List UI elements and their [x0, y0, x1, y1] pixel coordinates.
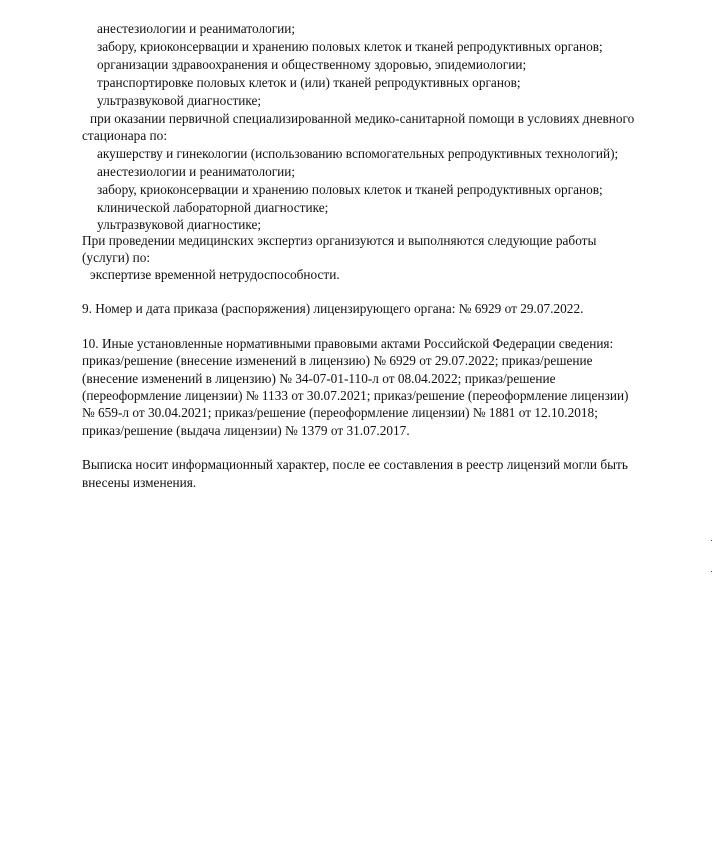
section-10: (внесение изменений в лицензию) № 34-07-… — [82, 370, 556, 387]
page-mark — [711, 540, 712, 541]
disclaimer: внесены изменения. — [82, 474, 196, 491]
day-hospital-intro: стационара по: — [82, 127, 167, 144]
list-item: организации здравоохранения и общественн… — [97, 56, 526, 73]
section-10: № 659-л от 30.04.2021; приказ/решение (п… — [82, 404, 598, 421]
expertise-intro: (услуги) по: — [82, 249, 150, 266]
day-hospital-intro: при оказании первичной специализированно… — [90, 110, 634, 127]
expertise-item: экспертизе временной нетрудоспособности. — [90, 266, 340, 283]
list-item: акушерству и гинекологии (использованию … — [97, 145, 618, 162]
disclaimer: Выписка носит информационный характер, п… — [82, 456, 628, 473]
list-item: ультразвуковой диагностике; — [97, 216, 261, 233]
section-10: приказ/решение (внесение изменений в лиц… — [82, 352, 593, 369]
section-10: (переоформление лицензии) № 1133 от 30.0… — [82, 387, 628, 404]
section-10: приказ/решение (выдача лицензии) № 1379 … — [82, 422, 410, 439]
section-9: 9. Номер и дата приказа (распоряжения) л… — [82, 300, 583, 317]
list-item: ультразвуковой диагностике; — [97, 92, 261, 109]
list-item: забору, криоконсервации и хранению полов… — [97, 38, 603, 55]
list-item: анестезиологии и реаниматологии; — [97, 163, 295, 180]
section-10: 10. Иные установленные нормативными прав… — [82, 335, 613, 352]
list-item: транспортировке половых клеток и (или) т… — [97, 74, 521, 91]
list-item: анестезиологии и реаниматологии; — [97, 20, 295, 37]
list-item: забору, криоконсервации и хранению полов… — [97, 181, 603, 198]
page-mark — [711, 571, 712, 572]
expertise-intro: При проведении медицинских экспертиз орг… — [82, 232, 596, 249]
list-item: клинической лабораторной диагностике; — [97, 199, 328, 216]
